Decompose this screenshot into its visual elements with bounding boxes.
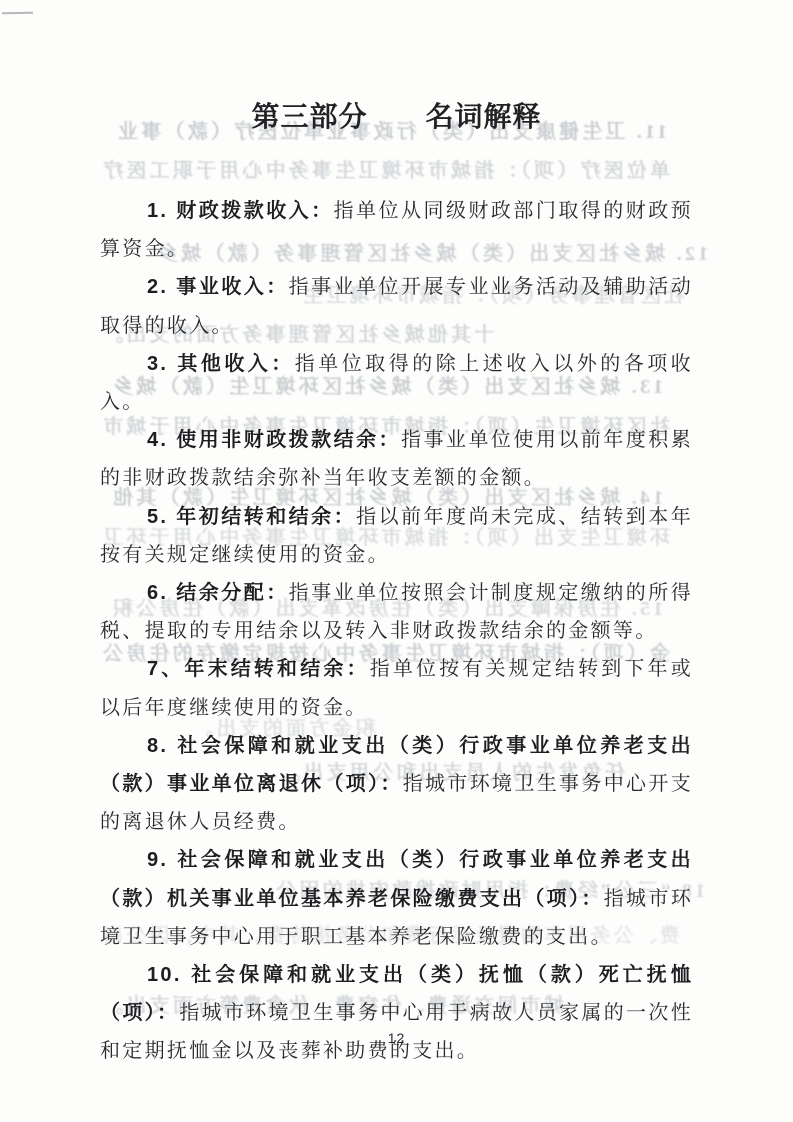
glossary-term: 1. 财政拨款收入：指单位从同级财政部门取得的财政预算资金。 — [100, 192, 693, 268]
page-content: 第三部分 名词解释 1. 财政拨款收入：指单位从同级财政部门取得的财政预算资金。… — [100, 0, 693, 1071]
term-label: 1. 财政拨款收入： — [147, 200, 334, 222]
glossary-term: 8. 社会保障和就业支出（类）行政事业单位养老支出（款）事业单位离退休（项）：指… — [100, 727, 693, 842]
scan-artifact-line — [2, 12, 33, 15]
glossary-term: 3. 其他收入：指单位取得的除上述收入以外的各项收入。 — [100, 345, 693, 421]
term-label: 4. 使用非财政拨款结余： — [147, 429, 401, 451]
scanned-page: 11. 卫生健康支出（类）行政事业单位医疗（款）事业 单位医疗（项）：指城市环境… — [0, 0, 793, 1122]
section-title: 第三部分 名词解释 — [100, 100, 693, 134]
glossary-term: 9. 社会保障和就业支出（类）行政事业单位养老支出（款）机关事业单位基本养老保险… — [100, 841, 693, 956]
term-label: 2. 事业收入： — [147, 276, 289, 298]
glossary-term: 2. 事业收入：指事业单位开展专业业务活动及辅助活动取得的收入。 — [100, 268, 693, 344]
term-label: 3. 其他收入： — [147, 353, 295, 375]
term-label: 5. 年初结转和结余： — [147, 506, 356, 528]
page-number: 12 — [0, 1030, 793, 1046]
glossary-terms: 1. 财政拨款收入：指单位从同级财政部门取得的财政预算资金。 2. 事业收入：指… — [100, 192, 693, 1071]
glossary-term: 10. 社会保障和就业支出（类）抚恤（款）死亡抚恤（项）：指城市环境卫生事务中心… — [100, 956, 693, 1071]
glossary-term: 7、年末结转和结余：指单位按有关规定结转到下年或以后年度继续使用的资金。 — [100, 650, 693, 726]
term-label: 6. 结余分配： — [147, 582, 289, 604]
glossary-term: 4. 使用非财政拨款结余：指事业单位使用以前年度积累的非财政拨款结余弥补当年收支… — [100, 421, 693, 497]
glossary-term: 5. 年初结转和结余：指以前年度尚未完成、结转到本年按有关规定继续使用的资金。 — [100, 498, 693, 574]
glossary-term: 6. 结余分配：指事业单位按照会计制度规定缴纳的所得税、提取的专用结余以及转入非… — [100, 574, 693, 650]
term-label: 7、年末结转和结余： — [147, 658, 370, 680]
